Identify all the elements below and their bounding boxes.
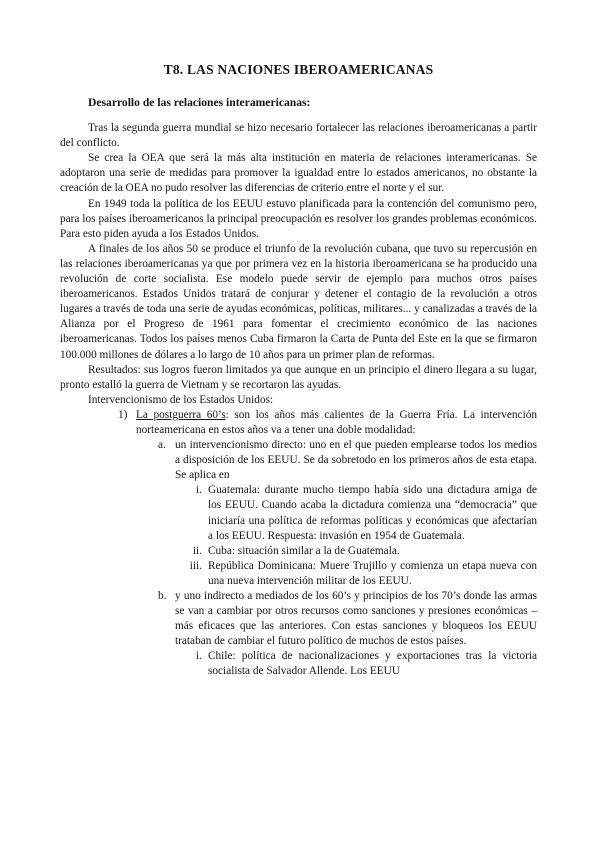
list-item-text: Cuba: situación similar a la de Guatemal… [208,544,537,559]
paragraph-oea: Se crea la OEA que será la más alta inst… [60,151,537,196]
list-marker: iii. [180,559,208,589]
list-marker: i. [180,483,208,543]
list-item-text: Guatemala: durante mucho tiempo había si… [208,483,537,543]
paragraph-intervencionismo-heading: Intervencionismo de los Estados Unidos: [60,393,537,408]
list-marker: 1) [118,408,136,438]
section-heading: Desarrollo de las relaciones interameric… [60,95,537,110]
list-item-cuba: ii. Cuba: situación similar a la de Guat… [60,544,537,559]
list-marker: i. [180,649,208,679]
list-item-text: y uno indirecto a mediados de los 60’s y… [175,589,537,649]
list-item-guatemala: i. Guatemala: durante mucho tiempo había… [60,483,537,543]
list-item-republica-dominicana: iii. República Dominicana: Muere Trujill… [60,559,537,589]
document-page: T8. LAS NACIONES IBEROAMERICANAS Desarro… [0,0,599,848]
list-item-text: La postguerra 60’s: son los años más cal… [136,408,537,438]
list-item-text: República Dominicana: Muere Trujillo y c… [208,559,537,589]
paragraph-1949-policy: En 1949 toda la política de los EEUU est… [60,197,537,242]
page-title: T8. LAS NACIONES IBEROAMERICANAS [60,61,537,78]
list-item-intervencionismo-indirecto: b. y uno indirecto a mediados de los 60’… [60,589,537,649]
paragraph-resultados: Resultados: sus logros fueron limitados … [60,363,537,393]
list-marker: a. [158,438,175,483]
list-marker: b. [158,589,175,649]
underlined-term: La postguerra 60’s [136,409,226,421]
list-item-chile: i. Chile: política de nacionalizaciones … [60,649,537,679]
list-item-text: Chile: política de nacionalizaciones y e… [208,649,537,679]
list-marker: ii. [180,544,208,559]
list-item-postguerra: 1) La postguerra 60’s: son los años más … [60,408,537,438]
list-item-text: un intervencionismo directo: uno en el q… [175,438,537,483]
list-item-intervencionismo-directo: a. un intervencionismo directo: uno en e… [60,438,537,483]
paragraph-intro-war: Tras la segunda guerra mundial se hizo n… [60,121,537,151]
paragraph-cuban-revolution: A finales de los años 50 se produce el t… [60,242,537,363]
